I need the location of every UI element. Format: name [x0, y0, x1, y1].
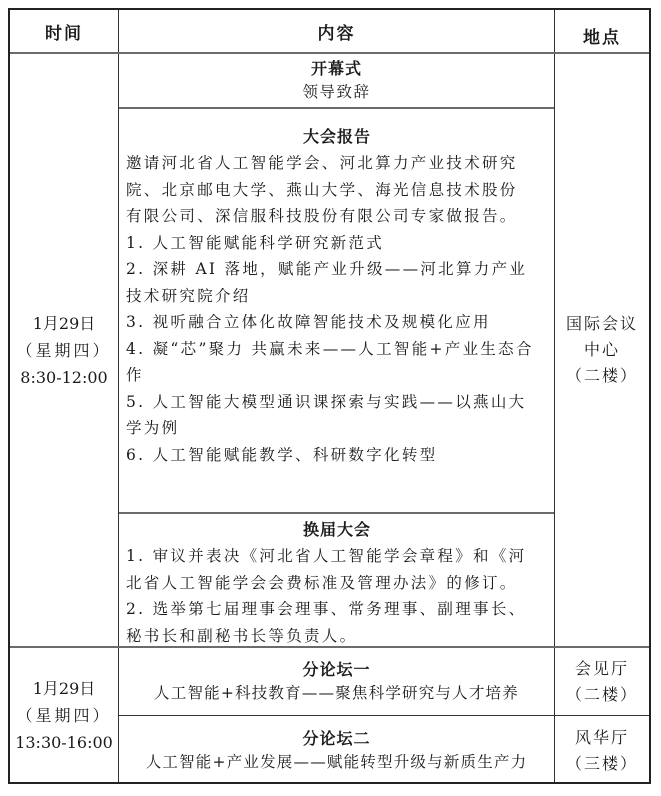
morning-date: 1月29日 [33, 310, 96, 337]
header-location: 地点 [555, 10, 649, 56]
forum-2-subtitle: 人工智能+产业发展——赋能转型升级与新质生产力 [146, 749, 528, 775]
afternoon-weekday: （星期四） [16, 702, 111, 729]
forum-1: 分论坛一 人工智能+科技教育——聚焦科学研究与人才培养 [119, 648, 554, 715]
keynote-line: 邀请河北省人工智能学会、河北算力产业技术研究 [126, 150, 548, 177]
election-session: 换届大会 1. 审议并表决《河北省人工智能学会章程》和《河 北省人工智能学会会费… [119, 513, 554, 646]
opening-session: 开幕式 领导致辞 [119, 54, 554, 107]
forum-1-title: 分论坛一 [302, 657, 370, 680]
morning-time-cell: 1月29日 （星期四） 8:30-12:00 [10, 54, 118, 646]
keynote-item-6: 6. 人工智能赋能教学、科研数字化转型 [126, 442, 548, 469]
morning-location-line-1: 国际会议 [566, 311, 638, 337]
election-item-1-cont: 北省人工智能学会会费标准及管理办法》的修订。 [126, 570, 548, 597]
forum-2-location: 风华厅 （三楼） [555, 717, 649, 784]
keynote-item-5: 5. 人工智能大模型通识课探索与实践——以燕山大 [126, 389, 548, 416]
keynote-item-3: 3. 视听融合立体化故障智能技术及规模化应用 [126, 309, 548, 336]
schedule-table: 时间 内容 地点 1月29日 （星期四） 8:30-12:00 国际会议 中心 … [8, 8, 651, 784]
forum-1-location: 会见厅 （二楼） [555, 648, 649, 715]
forum-2-location-line-2: （三楼） [566, 751, 638, 777]
forum-1-subtitle: 人工智能+科技教育——聚焦科学研究与人才培养 [154, 680, 519, 706]
keynote-item-2-cont: 技术研究院介绍 [126, 283, 548, 310]
keynote-title: 大会报告 [126, 124, 548, 150]
keynote-item-4-cont: 作 [126, 362, 548, 389]
forum-divider [119, 715, 649, 716]
afternoon-time-range: 13:30-16:00 [15, 729, 113, 756]
election-title: 换届大会 [126, 517, 548, 543]
keynote-line: 有限公司、深信服科技股份有限公司专家做报告。 [126, 203, 548, 230]
election-item-2-cont: 秘书长和副秘书长等负责人。 [126, 623, 548, 650]
header-time: 时间 [10, 10, 118, 52]
election-item-2: 2. 选举第七届理事会理事、常务理事、副理事长、 [126, 596, 548, 623]
forum-2-location-line-1: 风华厅 [575, 725, 629, 751]
keynote-line: 院、北京邮电大学、燕山大学、海光信息技术股份 [126, 177, 548, 204]
morning-location-cell: 国际会议 中心 （二楼） [555, 54, 649, 646]
keynote-item-4: 4. 凝“芯”聚力 共赢未来——人工智能+产业生态合 [126, 336, 548, 363]
keynote-session: 大会报告 邀请河北省人工智能学会、河北算力产业技术研究 院、北京邮电大学、燕山大… [119, 120, 554, 512]
header-content: 内容 [119, 10, 554, 52]
morning-location-line-3: （二楼） [566, 363, 638, 389]
forum-1-location-line-1: 会见厅 [575, 656, 629, 682]
morning-time-range: 8:30-12:00 [20, 364, 107, 391]
keynote-item-5-cont: 学为例 [126, 415, 548, 442]
forum-2-title: 分论坛二 [302, 726, 370, 749]
keynote-item-1: 1. 人工智能赋能科学研究新范式 [126, 230, 548, 257]
morning-location-line-2: 中心 [584, 337, 620, 363]
opening-divider [119, 107, 554, 109]
keynote-item-2: 2. 深耕 AI 落地，赋能产业升级——河北算力产业 [126, 256, 548, 283]
opening-title: 开幕式 [311, 56, 362, 79]
morning-weekday: （星期四） [16, 337, 111, 364]
opening-subtitle: 领导致辞 [302, 79, 370, 105]
forum-2: 分论坛二 人工智能+产业发展——赋能转型升级与新质生产力 [119, 717, 554, 784]
afternoon-date: 1月29日 [33, 675, 96, 702]
forum-1-location-line-2: （二楼） [566, 682, 638, 708]
election-item-1: 1. 审议并表决《河北省人工智能学会章程》和《河 [126, 543, 548, 570]
afternoon-time-cell: 1月29日 （星期四） 13:30-16:00 [10, 648, 118, 782]
